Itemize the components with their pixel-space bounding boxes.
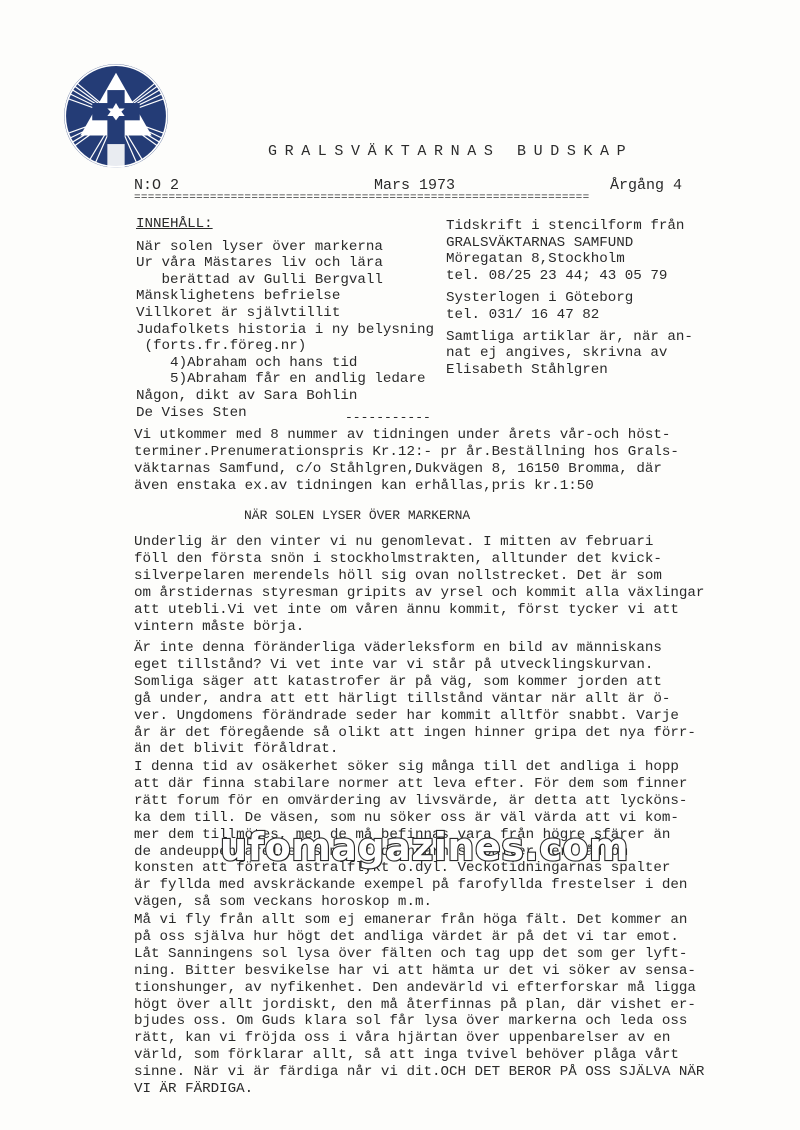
subscription-line: väktarnas Samfund, c/o Ståhlgren,Dukväge… (134, 461, 679, 478)
authorship-note: Samtliga artiklar är, när an-nat ej angi… (446, 329, 693, 379)
publisher-info: Tidskrift i stencilform frånGRALSVÄKTARN… (446, 218, 693, 378)
article-line: om årstidernas styresman gripits av yrse… (134, 585, 704, 602)
subscription-line: Vi utkommer med 8 nummer av tidningen un… (134, 427, 679, 444)
article-line: silverpelaren merendels höll sig ovan no… (134, 568, 704, 585)
article-line: ning. Bitter besvikelse har vi att hämta… (134, 963, 704, 980)
publisher-line: tel. 08/25 23 44; 43 05 79 (446, 268, 693, 285)
document-page: GRALSVÄKTARNAS BUDSKAP N:O 2 Mars 1973 Å… (0, 0, 800, 1130)
section-separator: ----------- (345, 410, 431, 425)
article-line: VI ÄR FÄRDIGA. (134, 1081, 704, 1098)
article-paragraph: Underlig är den vinter vi nu genomlevat.… (134, 534, 704, 635)
contents-item: 4)Abraham och hans tid (136, 355, 434, 372)
publisher-line: GRALSVÄKTARNAS SAMFUND (446, 235, 693, 252)
article-line: gå under, andra att ett härligt tillstån… (134, 691, 696, 708)
article-line: år är det föregående så olikt att ingen … (134, 725, 696, 742)
article-line: att där finna stabilare normer att leva … (134, 776, 687, 793)
article-line: eget tillstånd? Vi vet inte var vi står … (134, 657, 696, 674)
article-line: ver. Ungdomens förändrade seder har komm… (134, 708, 696, 725)
contents-item: Judafolkets historia i ny belysning (136, 322, 434, 339)
article-paragraph: Är inte denna föränderliga väderleksform… (134, 640, 696, 758)
subscription-line: terminer.Prenumerationspris Kr.12:- pr å… (134, 444, 679, 461)
publisher-line: Samtliga artiklar är, när an- (446, 329, 693, 346)
article-line: I denna tid av osäkerhet söker sig många… (134, 759, 687, 776)
publisher-line: nat ej angives, skrivna av (446, 345, 693, 362)
grail-emblem-logo-icon (62, 62, 170, 170)
article-line: Är inte denna föränderliga väderleksform… (134, 640, 696, 657)
article-line: Må vi fly från allt som ej emanerar från… (134, 912, 704, 929)
contents-item: Mänsklighetens befrielse (136, 288, 434, 305)
contents-item: Någon, dikt av Sara Bohlin (136, 388, 434, 405)
article-line: än det blivit föråldrat. (134, 741, 696, 758)
contents-item: Ur våra Mästares liv och lära (136, 255, 434, 272)
article-line: Underlig är den vinter vi nu genomlevat.… (134, 534, 704, 551)
table-of-contents: INNEHÅLL: När solen lyser över markernaU… (136, 216, 434, 421)
article-line: sinne. När vi är färdiga når vi dit.OCH … (134, 1064, 704, 1081)
contents-item: (forts.fr.föreg.nr) (136, 338, 434, 355)
article-line: att utebli.Vi vet inte om våren ännu kom… (134, 602, 704, 619)
article-line: tionshunger, av nyfikenhet. Den andevärl… (134, 980, 704, 997)
subscription-info: Vi utkommer med 8 nummer av tidningen un… (134, 427, 679, 495)
article-line: vintern måste börja. (134, 619, 704, 636)
publisher-line: Möregatan 8,Stockholm (446, 251, 693, 268)
contents-list: När solen lyser över markernaUr våra Mäs… (136, 239, 434, 422)
article-line: högt över allt jordiskt, den må återfinn… (134, 997, 704, 1014)
contents-item: 5)Abraham får en andlig ledare (136, 371, 434, 388)
publisher-line: Elisabeth Ståhlgren (446, 362, 693, 379)
article-title: NÄR SOLEN LYSER ÖVER MARKERNA (244, 508, 470, 523)
publication-title: GRALSVÄKTARNAS BUDSKAP (268, 143, 633, 160)
article-line: föll den första snön i stockholmstrakten… (134, 551, 704, 568)
volume-number: Årgång 4 (610, 177, 682, 194)
header-rule: ========================================… (134, 192, 589, 204)
subscription-line: även enstaka ex.av tidningen kan erhålla… (134, 478, 679, 495)
article-line: på oss själva hur högt det andliga värde… (134, 929, 704, 946)
article-line: är fyllda med avskräckande exempel på fa… (134, 877, 687, 894)
publisher-address: Tidskrift i stencilform frånGRALSVÄKTARN… (446, 218, 693, 284)
article-line: vägen, så som veckans horoskop m.m. (134, 894, 687, 911)
article-line: rätt forum för en omvärdering av livsvär… (134, 793, 687, 810)
article-line: Låt Sanningens sol lysa över fälten och … (134, 946, 704, 963)
publisher-line: Tidskrift i stencilform från (446, 218, 693, 235)
watermark: ufomagazines.com (220, 825, 629, 869)
contents-item: Villkoret är självtillit (136, 305, 434, 322)
article-line: värld, som förklarar allt, så att inga t… (134, 1047, 704, 1064)
contents-item: berättad av Gulli Bergvall (136, 272, 434, 289)
contents-heading: INNEHÅLL: (136, 216, 434, 233)
contents-item: När solen lyser över markerna (136, 239, 434, 256)
publisher-line: tel. 031/ 16 47 82 (446, 307, 693, 324)
article-line: Somliga säger att katastrofer är på väg,… (134, 674, 696, 691)
sister-lodge-contact: Systerlogen i Göteborgtel. 031/ 16 47 82 (446, 290, 693, 323)
article-paragraph: Må vi fly från allt som ej emanerar från… (134, 912, 704, 1098)
publisher-line: Systerlogen i Göteborg (446, 290, 693, 307)
article-line: bjudes oss. Om Guds klara sol får lysa ö… (134, 1013, 704, 1030)
article-line: rätt, kan vi fröjda oss i våra hjärtan ö… (134, 1030, 704, 1047)
